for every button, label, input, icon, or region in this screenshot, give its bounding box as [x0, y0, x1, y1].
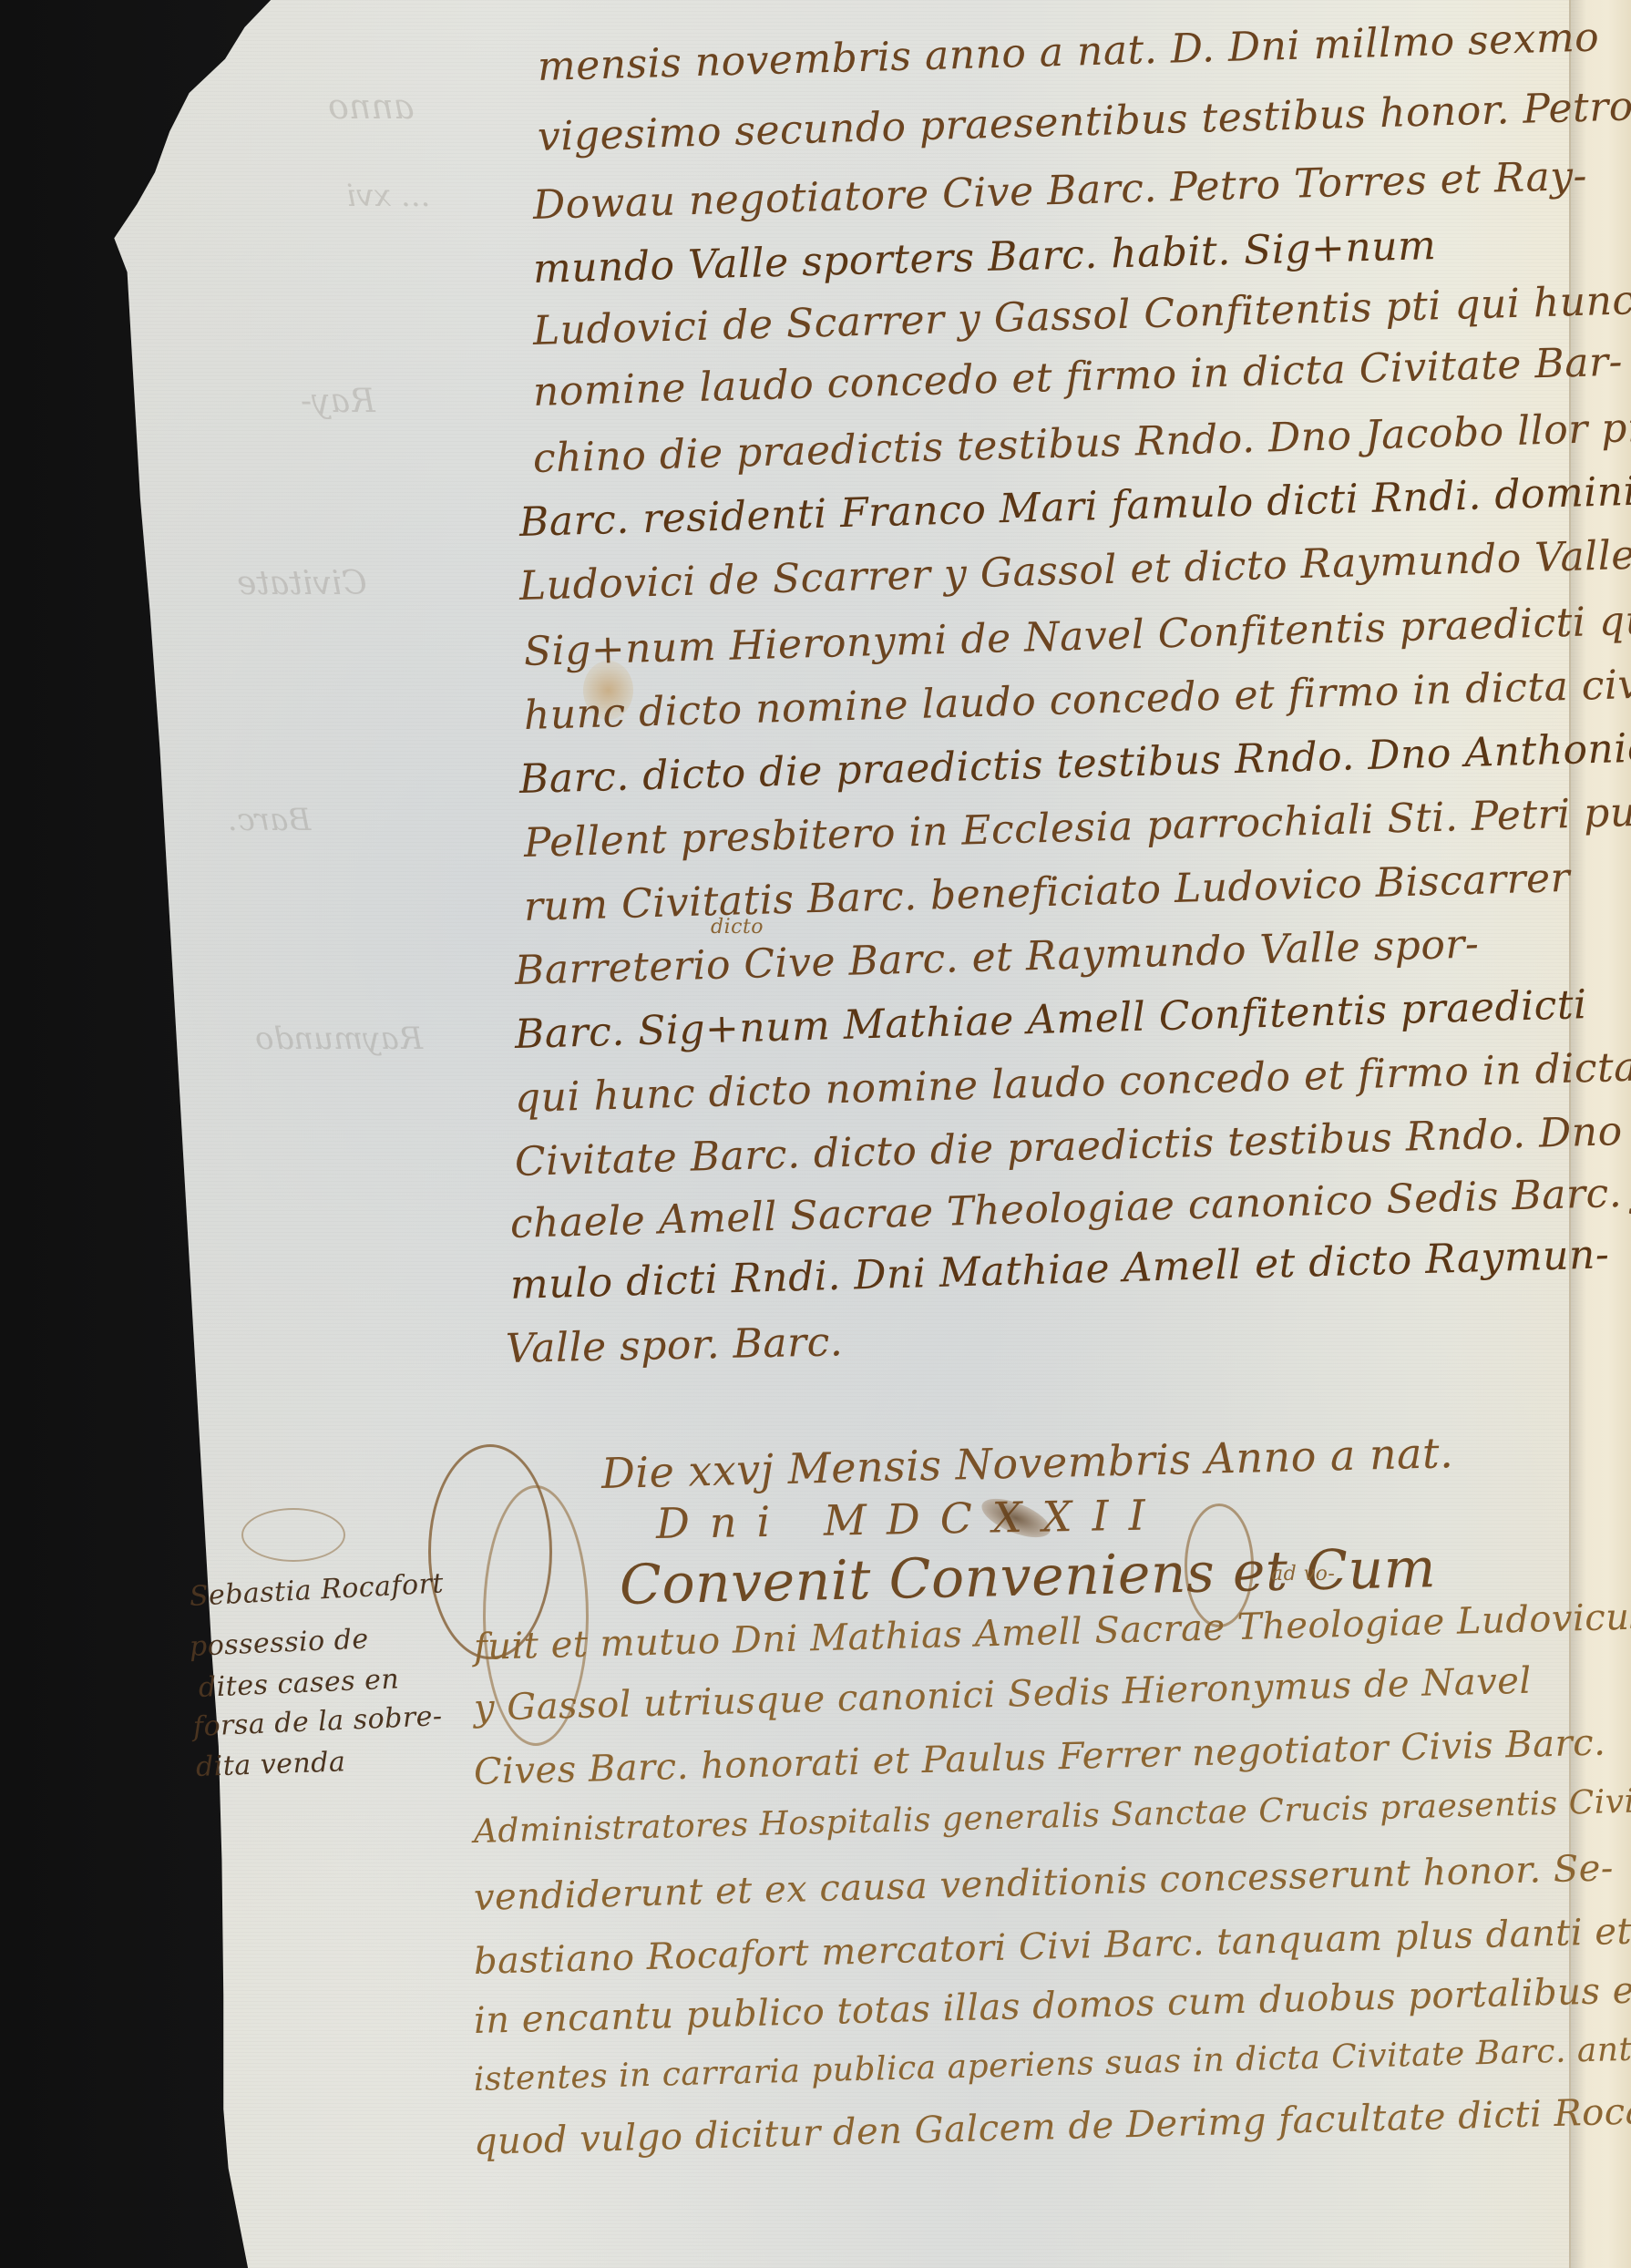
- margin-note: Sebastia Rocafort possessio de dites cas…: [0, 0, 1631, 2268]
- margin-note-line: dites cases en: [198, 1663, 400, 1704]
- margin-note-line: forsa de la sobre-: [192, 1700, 443, 1743]
- margin-note-line: Sebastia Rocafort: [189, 1567, 445, 1613]
- margin-flourish: [241, 1508, 345, 1562]
- margin-note-line: dita venda: [195, 1746, 346, 1783]
- margin-note-line: possessio de: [189, 1623, 369, 1663]
- manuscript-scan: anno ... xvi Ray- Civitate Barc. Raymund…: [0, 0, 1631, 2268]
